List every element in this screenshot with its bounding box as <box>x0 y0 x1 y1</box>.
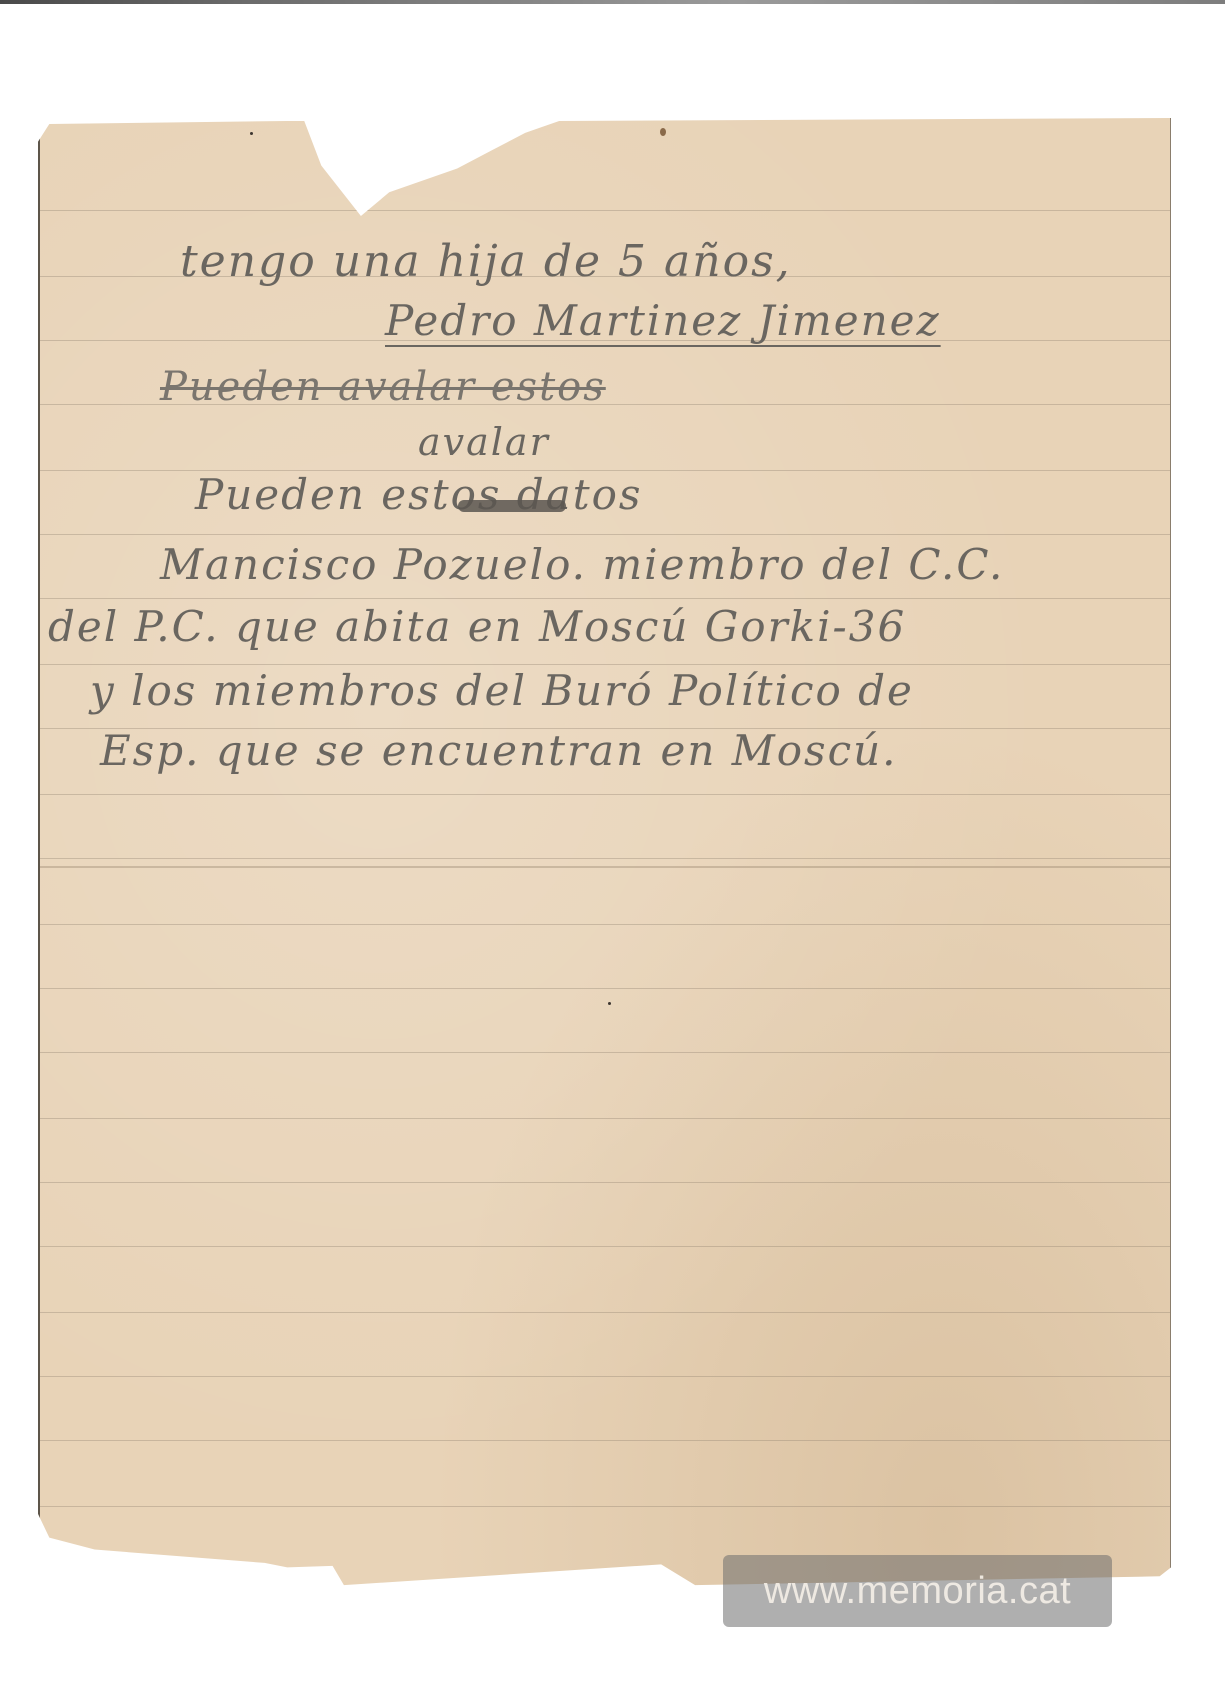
scribbled-out-word <box>458 500 566 512</box>
paper-stain <box>660 128 666 136</box>
paper-speck <box>250 132 253 135</box>
ruled-line <box>40 924 1170 925</box>
ruled-line <box>40 664 1170 665</box>
ruled-line <box>40 1440 1170 1441</box>
handwritten-line-daughter: tengo una hija de 5 años, <box>180 236 792 287</box>
struck-through-line: Pueden avalar estos <box>160 364 606 410</box>
handwritten-line-address: del P.C. que abita en Moscú Gorki-36 <box>48 602 906 651</box>
ruled-line <box>40 210 1170 211</box>
watermark-badge: www.memoria.cat <box>723 1555 1112 1627</box>
handwritten-line-pueden: Pueden estos datos <box>195 470 642 519</box>
ruled-line <box>40 1246 1170 1247</box>
ruled-line <box>40 794 1170 795</box>
ruled-line <box>40 1182 1170 1183</box>
ruled-line <box>40 1506 1170 1507</box>
paper-speck <box>608 1002 611 1005</box>
inserted-word: avalar <box>418 420 550 464</box>
handwritten-line-moscow: Esp. que se encuentran en Moscú. <box>100 726 898 775</box>
ruled-line <box>40 1312 1170 1313</box>
ruled-line <box>40 988 1170 989</box>
handwritten-line-member: Mancisco Pozuelo. miembro del C.C. <box>160 540 1004 589</box>
scanner-edge-strip <box>0 0 1225 4</box>
fold-crease <box>40 866 1170 868</box>
ruled-line <box>40 1376 1170 1377</box>
ruled-line <box>40 1118 1170 1119</box>
watermark-text: www.memoria.cat <box>764 1570 1071 1613</box>
ruled-line <box>40 534 1170 535</box>
ruled-line <box>40 858 1170 859</box>
letter-page: tengo una hija de 5 años, Pedro Martinez… <box>38 118 1171 1603</box>
handwritten-line-bureau: y los miembros del Buró Político de <box>90 666 914 715</box>
signature: Pedro Martinez Jimenez <box>385 296 941 345</box>
ruled-line <box>40 1052 1170 1053</box>
ruled-line <box>40 598 1170 599</box>
